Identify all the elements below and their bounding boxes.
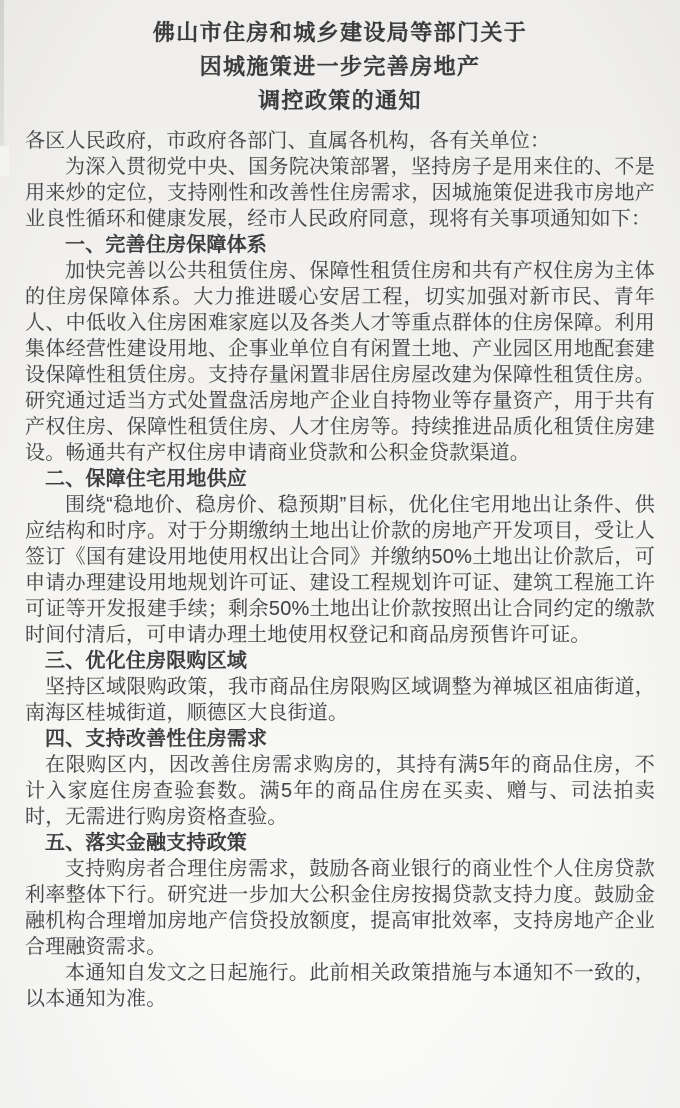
body-paragraph: 为深入贯彻党中央、国务院决策部署，坚持房子是用来住的、不是用来炒的定位，支持刚性… (25, 154, 655, 232)
body-paragraph: 在限购区内，因改善住房需求购房的，其持有满5年的商品住房，不计入家庭住房查验套数… (25, 752, 655, 830)
photo-left-edge-shadow (0, 0, 4, 146)
notice-document-page: 佛山市住房和城乡建设局等部门关于因城施策进一步完善房地产调控政策的通知 各区人民… (0, 0, 680, 1108)
body-paragraph: 支持购房者合理住房需求，鼓励各商业银行的商业性个人住房贷款利率整体下行。研究进一… (25, 856, 655, 960)
document-body: 各区人民政府，市政府各部门、直属各机构，各有关单位：为深入贯彻党中央、国务院决策… (0, 128, 680, 1012)
body-paragraph: 坚持区域限购政策，我市商品住房限购区域调整为禅城区祖庙街道，南海区桂城街道，顺德… (25, 674, 655, 726)
section-heading: 四、支持改善性住房需求 (25, 726, 655, 752)
photo-left-edge-highlight (0, 146, 9, 176)
body-paragraph: 各区人民政府，市政府各部门、直属各机构，各有关单位： (25, 128, 655, 154)
section-heading: 三、优化住房限购区域 (25, 648, 655, 674)
body-paragraph: 本通知自发文之日起施行。此前相关政策措施与本通知不一致的，以本通知为准。 (25, 960, 655, 1012)
document-title-line: 因城施策进一步完善房地产 (0, 50, 680, 84)
section-heading: 五、落实金融支持政策 (25, 830, 655, 856)
section-heading: 二、保障住宅用地供应 (25, 466, 655, 492)
document-title: 佛山市住房和城乡建设局等部门关于因城施策进一步完善房地产调控政策的通知 (0, 0, 680, 118)
body-paragraph: 围绕“稳地价、稳房价、稳预期”目标，优化住宅用地出让条件、供应结构和时序。对于分… (25, 492, 655, 648)
section-heading: 一、完善住房保障体系 (25, 232, 655, 258)
document-title-line: 佛山市住房和城乡建设局等部门关于 (0, 16, 680, 50)
body-paragraph: 加快完善以公共租赁住房、保障性租赁住房和共有产权住房为主体的住房保障体系。大力推… (25, 258, 655, 466)
document-title-line: 调控政策的通知 (0, 84, 680, 118)
